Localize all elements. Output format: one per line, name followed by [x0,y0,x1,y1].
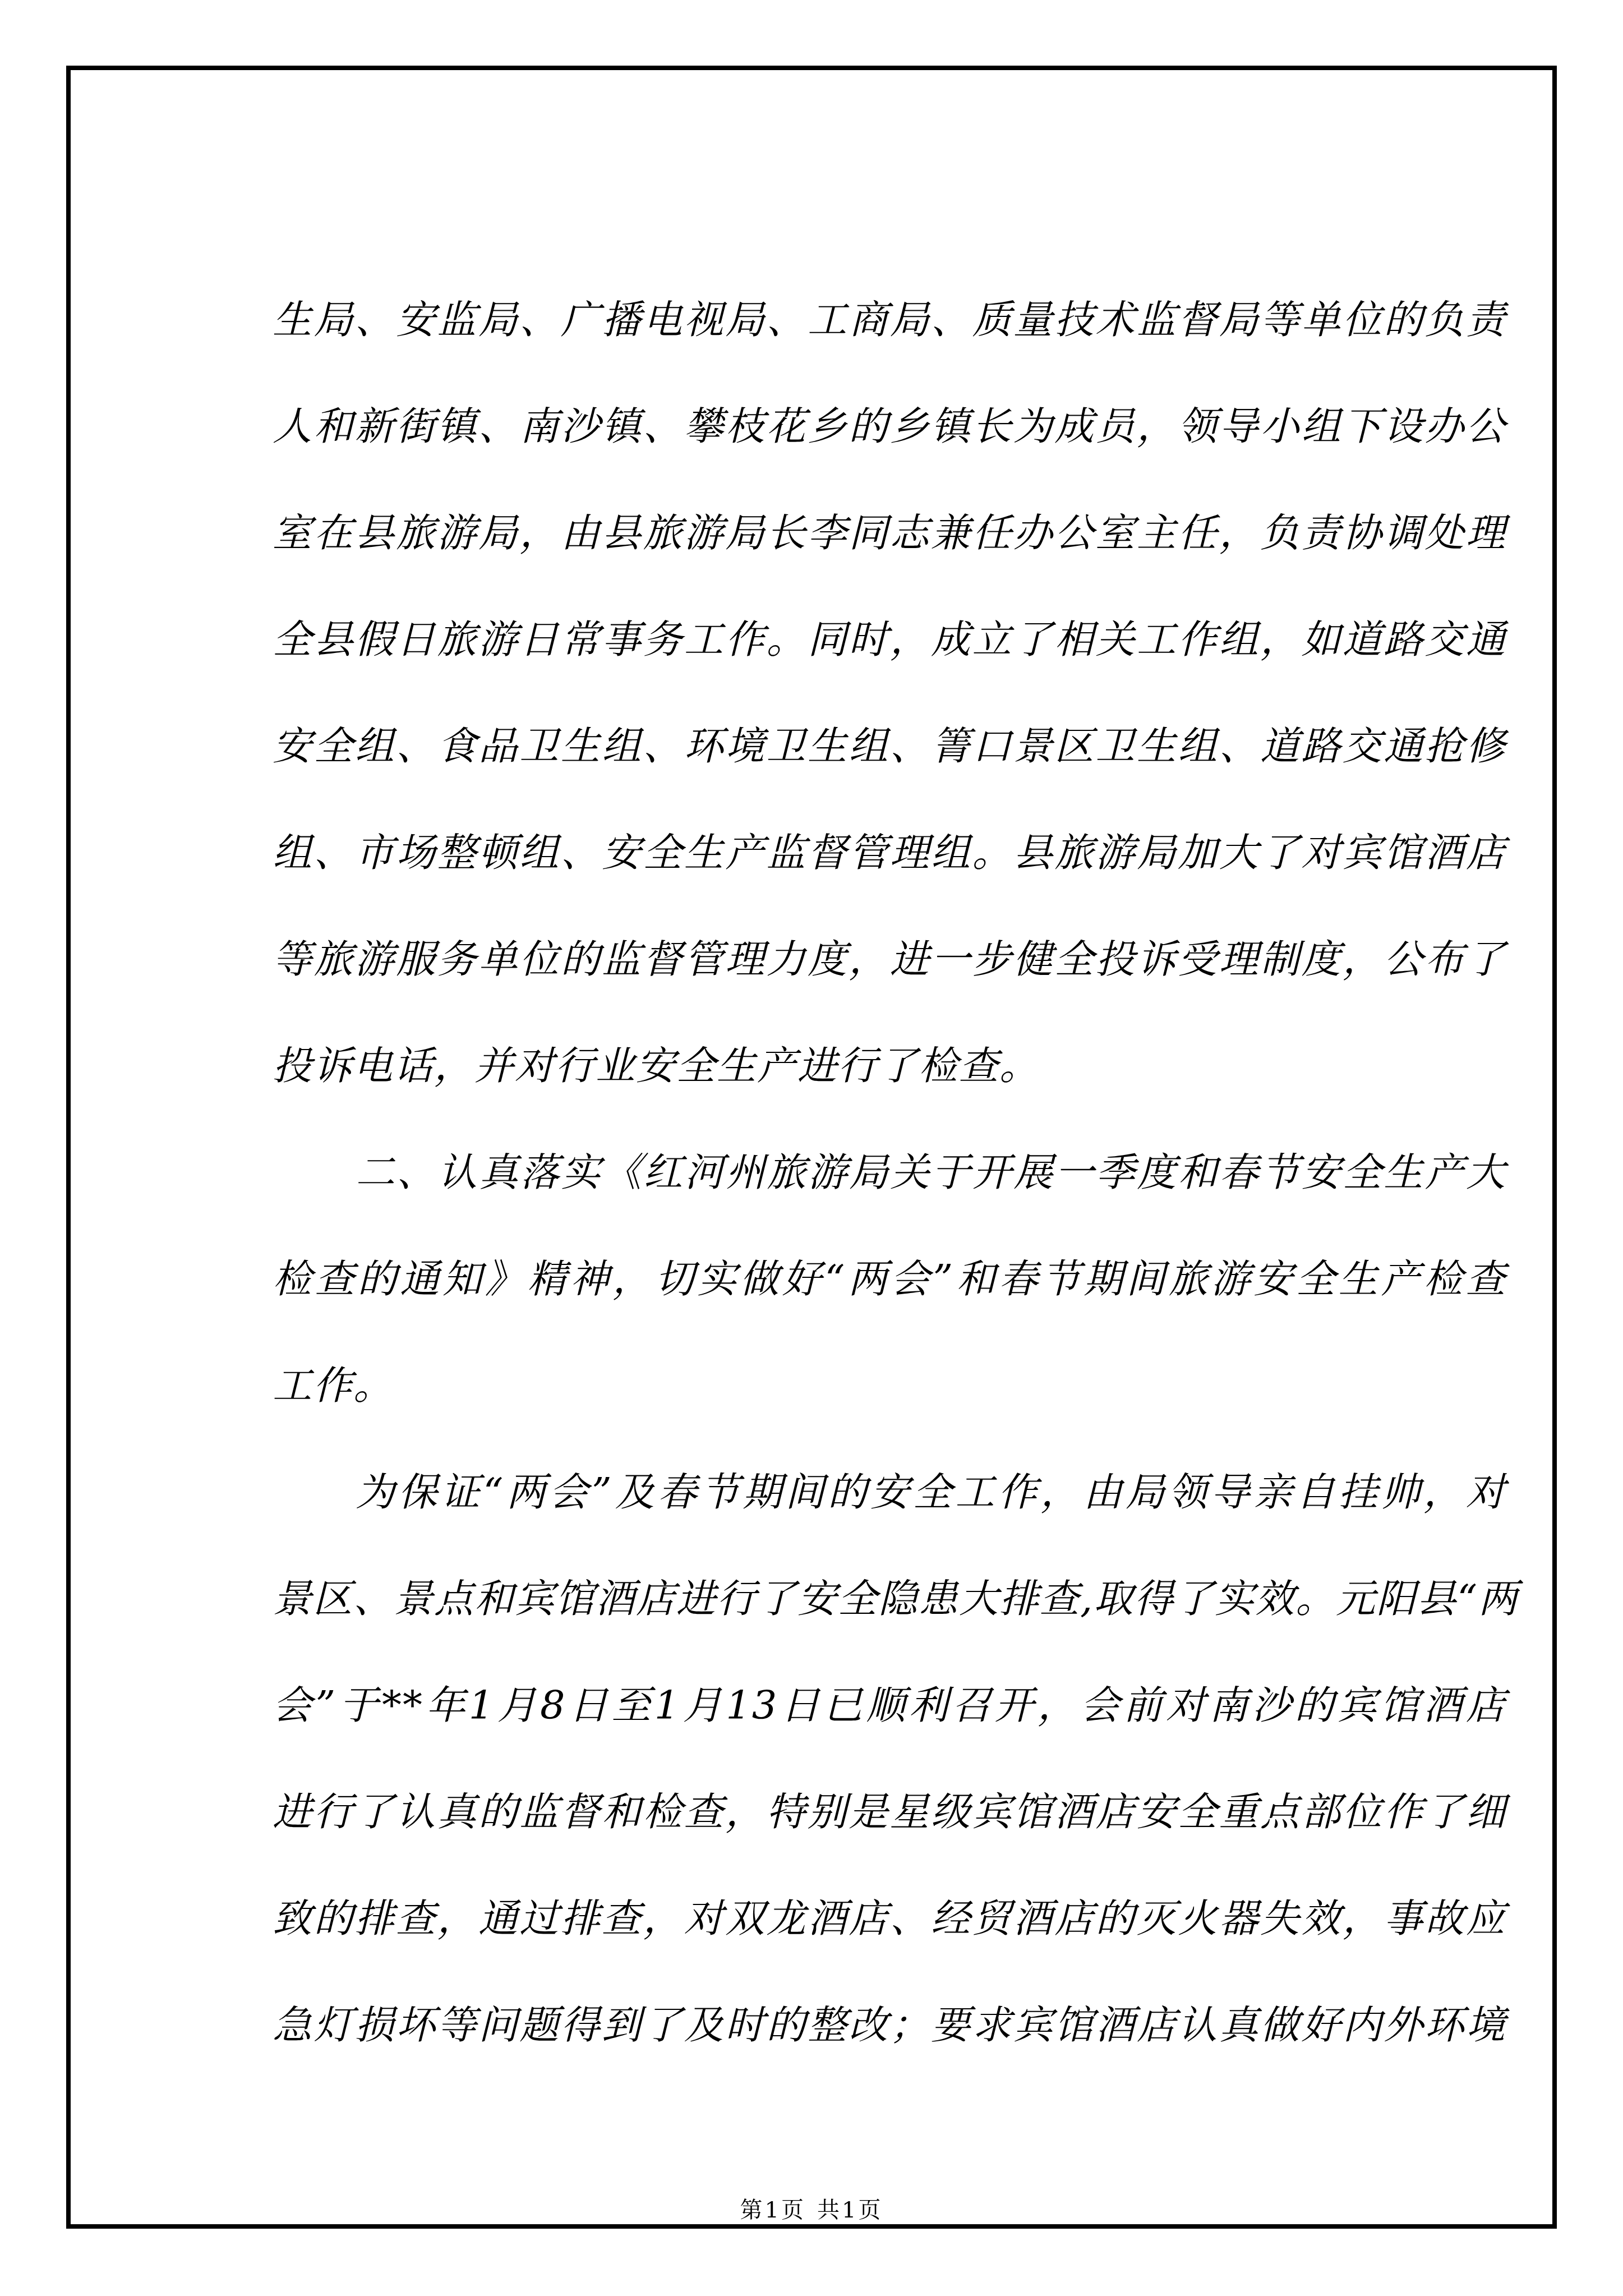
text-line: 组、市场整顿组、安全生产监督管理组。县旅游局加大了对宾馆酒店 [273,799,1506,906]
text-line: 生局、安监局、广播电视局、工商局、质量技术监督局等单位的负责 [273,266,1506,373]
text-line: 二、认真落实《红河州旅游局关于开展一季度和春节安全生产大 [273,1119,1506,1226]
text-line: 急灯损坏等问题得到了及时的整改；要求宾馆酒店认真做好内外环境 [273,1972,1506,2078]
text-line: 为保证“两会”及春节期间的安全工作，由局领导亲自挂帅，对 [273,1439,1506,1545]
document-body: 生局、安监局、广播电视局、工商局、质量技术监督局等单位的负责 人和新街镇、南沙镇… [273,266,1506,2078]
page-border-frame: 生局、安监局、广播电视局、工商局、质量技术监督局等单位的负责 人和新街镇、南沙镇… [66,66,1557,2229]
text-line: 全县假日旅游日常事务工作。同时，成立了相关工作组，如道路交通 [273,586,1506,693]
page-footer: 第1页共1页 [71,2191,1552,2230]
text-line: 等旅游服务单位的监督管理力度，进一步健全投诉受理制度，公布了 [273,906,1506,1013]
text-line: 进行了认真的监督和检查，特别是星级宾馆酒店安全重点部位作了细 [273,1759,1506,1865]
text-line: 人和新街镇、南沙镇、攀枝花乡的乡镇长为成员，领导小组下设办公 [273,373,1506,480]
text-line: 致的排查，通过排查，对双龙酒店、经贸酒店的灭火器失效，事故应 [273,1865,1506,1972]
text-line: 室在县旅游局，由县旅游局长李同志兼任办公室主任，负责协调处理 [273,480,1506,586]
text-line: 会”于**年1月8日至1月13日已顺利召开，会前对南沙的宾馆酒店 [273,1652,1506,1759]
text-line: 安全组、食品卫生组、环境卫生组、箐口景区卫生组、道路交通抢修 [273,693,1506,799]
text-line: 投诉电话，并对行业安全生产进行了检查。 [273,1013,1506,1119]
total-pages-label: 共1页 [817,2197,883,2223]
text-line: 景区、景点和宾馆酒店进行了安全隐患大排查,取得了实效。元阳县“两 [273,1545,1506,1652]
text-line: 工作。 [273,1332,1506,1439]
current-page-label: 第1页 [740,2197,806,2223]
document-page: 生局、安监局、广播电视局、工商局、质量技术监督局等单位的负责 人和新街镇、南沙镇… [0,0,1623,2296]
text-line: 检查的通知》精神，切实做好“两会”和春节期间旅游安全生产检查 [273,1226,1506,1332]
